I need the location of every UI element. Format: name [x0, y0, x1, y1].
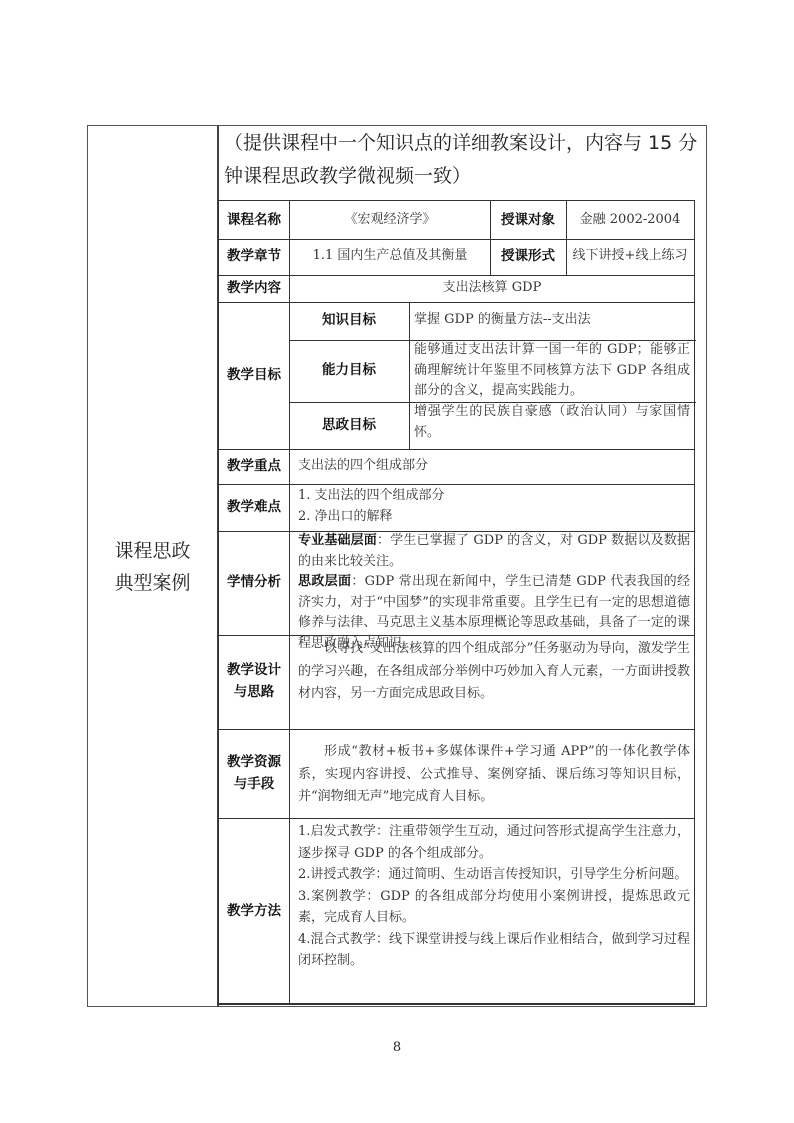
method-item: 3.案例教学：GDP 的各组成部分均使用小案例讲授，提炼思政元素，完成育人目标。 [298, 886, 690, 929]
content-label: 教学内容 [219, 274, 289, 301]
key-points-label: 教学重点 [219, 448, 289, 483]
chapter-value: 1.1 国内生产总值及其衡量 [290, 238, 490, 274]
resources-text: 形成“教材+板书+多媒体课件+学习通 APP”的一体化教学体系，实现内容讲授、公… [298, 741, 690, 809]
design-text: 以寻找“支出法核算的四个组成部分”任务驱动为导向，激发学生的学习兴趣，在各组成部… [298, 638, 690, 706]
page-number: 8 [0, 1040, 794, 1055]
ideology-objective-text: 增强学生的民族自豪感（政治认同）与家国情怀。 [414, 402, 690, 443]
analysis-p2-heading: 思政层面 [298, 574, 351, 589]
difficulty-item: 2. 净出口的解释 [298, 506, 688, 527]
resources-label-line-2: 与手段 [234, 773, 275, 795]
resources-label: 教学资源 与手段 [219, 728, 289, 817]
ability-objective-text: 能够通过支出法计算一国一年的 GDP；能够正确理解统计年鉴里不同核算方法下 GD… [414, 340, 690, 402]
format-value: 线下讲授+线上练习 [566, 238, 694, 274]
course-name-label: 课程名称 [219, 201, 289, 238]
methods-label: 教学方法 [219, 817, 289, 1005]
ability-objective-label: 能力目标 [290, 339, 408, 401]
design-label: 教学设计 与思路 [219, 634, 289, 728]
design-label-line-1: 教学设计 [227, 659, 281, 681]
format-label: 授课形式 [490, 238, 566, 274]
methods-list: 1.启发式教学：注重带领学生互动，通过问答形式提高学生注意力，逐步探寻 GDP … [298, 821, 690, 972]
audience-value: 金融 2002-2004 [566, 201, 694, 238]
course-name-value: 《宏观经济学》 [290, 201, 490, 238]
knowledge-objective-text: 掌握 GDP 的衡量方法--支出法 [414, 301, 690, 339]
method-item: 1.启发式教学：注重带领学生互动，通过问答形式提高学生注意力，逐步探寻 GDP … [298, 821, 690, 864]
difficulty-item: 1. 支出法的四个组成部分 [298, 485, 688, 506]
content-value: 支出法核算 GDP [290, 274, 694, 301]
method-item: 2.讲授式教学：通过简明、生动语言传授知识，引导学生分析问题。 [298, 864, 690, 886]
intro-text: （提供课程中一个知识点的详细教案设计，内容与 15 分钟课程思政教学微视频一致） [224, 127, 702, 193]
difficulties-label: 教学难点 [219, 483, 289, 530]
side-label: 课程思政 典型案例 [88, 535, 217, 599]
key-points-text: 支出法的四个组成部分 [298, 448, 688, 483]
audience-label: 授课对象 [490, 201, 566, 238]
resources-label-line-1: 教学资源 [227, 751, 281, 773]
ideology-objective-label: 思政目标 [290, 401, 408, 448]
objectives-label: 教学目标 [219, 301, 289, 448]
chapter-label: 教学章节 [219, 238, 289, 274]
analysis-text: 专业基础层面：学生已掌握了 GDP 的含义，对 GDP 数据以及数据的由来比较关… [298, 531, 690, 654]
analysis-p1-heading: 专业基础层面 [298, 533, 377, 548]
side-label-line-1: 课程思政 [88, 535, 217, 567]
analysis-label: 学情分析 [219, 530, 289, 634]
design-label-line-2: 与思路 [234, 681, 275, 703]
method-item: 4.混合式教学：线下课堂讲授与线上课后作业相结合，做到学习过程闭环控制。 [298, 929, 690, 972]
side-label-line-2: 典型案例 [88, 567, 217, 599]
difficulties-list: 1. 支出法的四个组成部分 2. 净出口的解释 [298, 485, 688, 527]
knowledge-objective-label: 知识目标 [290, 301, 408, 339]
